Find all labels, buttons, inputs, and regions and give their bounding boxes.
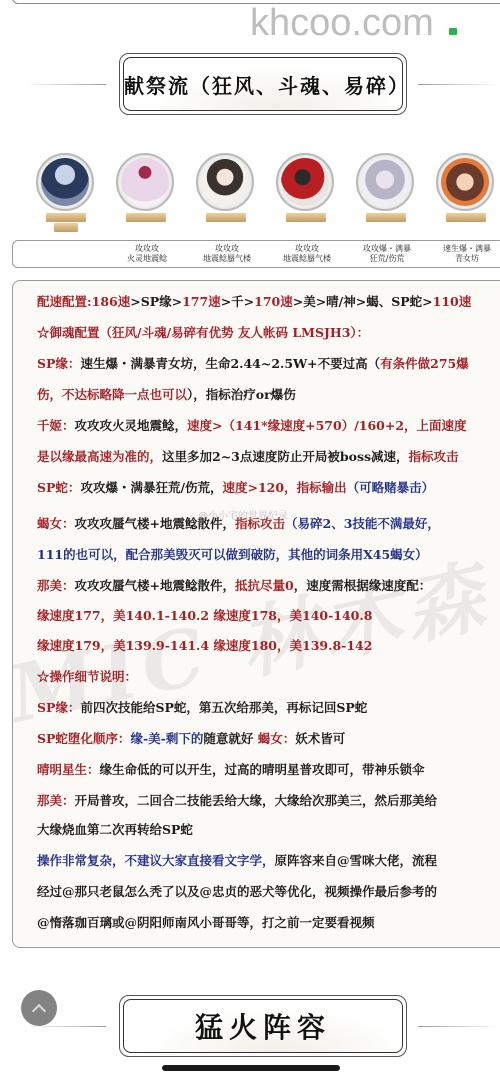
chevron-up-icon [32,1003,46,1017]
role-namei: 攻攻攻地震鲶蜃气楼 [187,244,267,264]
speed-config: 配速配置:186速>SP缘>177速>千>170速>美>晴/神>蝎、SP蛇>11… [37,294,471,310]
namei-config: 那美：攻攻攻蜃气楼+地震鲶散件，抵抗尽量0，速度需根据缘速度配： [37,578,431,594]
credits-line: 经过@那只老鼠怎么秃了以及@忠贞的恶犬等优化，视频操作最后参考的 [37,884,437,900]
divider-right [418,84,500,85]
portrait-namei [196,153,256,222]
soul-summary-bar: 攻攻攻火灵地震鲶 攻攻攻地震鲶蜃气楼 攻攻攻地震鲶蜃气楼 攻攻爆・满暴狂荒/伤荒… [12,240,500,268]
avatar [356,153,414,211]
ops-seimei-star: 晴明星生：缘生命低的可以开生，过高的晴明星普攻即可，带神乐锁伞 [37,762,425,778]
section-title: 猛火阵容 [195,1006,331,1046]
ops-sp-she: SP蛇堕化顺序：缘-美-剩下的随意就好 蝎女：妖术皆可 [37,731,345,747]
role-xienv: 速生爆・满暴青女坊 [427,244,500,264]
yuhun-config-title: ☆御魂配置（狂风/斗魂/易碎有优势 友人帐码 LMSJH3）： [37,325,369,341]
portrait-sp-yuan [36,153,96,232]
avatar [116,153,174,211]
avatar [196,153,254,211]
section-title: 献祭流（狂风、斗魂、易碎） [124,70,402,99]
home-indicator[interactable] [162,1065,340,1071]
sp-yuan-config: SP缘：速生爆・满暴青女坊，生命2.44~2.5W+不要过高（有条件做275爆 [37,356,469,372]
divider-right [418,1026,500,1027]
portrait-seimei-star [356,153,416,222]
ops-title: ☆操作细节说明： [37,669,137,685]
scroll-to-top-button[interactable] [21,990,57,1026]
credits-line: 操作非常复杂，不建议大家直接看文字学，原阵容来自@雪咪大佬，流程 [37,853,437,869]
credits-line: @惰落珈百璃或@阴阳师南风小哥哥等，打之前一定要看视频 [37,915,375,931]
role-sp-she: 攻攻攻地震鲶蜃气楼 [267,244,347,264]
portrait-sp-she [276,153,336,222]
ops-sp-yuan: SP缘：前四次技能给SP蛇，第五次给那美，再标记回SP蛇 [37,700,367,716]
speed-table-row: 缘速度177，美140.1-140.2 缘速度178，美140-140.8 [37,608,372,624]
title-frame: 猛火阵容 [119,995,407,1057]
ops-namei: 那美：开局普攻，二回合二技能丢给大缘，大缘给次那美三，然后那美给 [37,793,437,809]
section-header-sacrifice: 献祭流（狂风、斗魂、易碎） [0,53,500,117]
divider-left [26,1026,106,1027]
qianji-config: 千姬：攻攻攻火灵地震鲶，速度>（141*缘速度+570）/160+2，上面速度 [37,418,467,434]
avatar [276,153,334,211]
title-frame: 献祭流（狂风、斗魂、易碎） [119,53,407,115]
avatar [36,153,94,211]
site-watermark: khcoo.com [250,2,434,45]
speed-table-row: 缘速度179，美139.9-141.4 缘速度180，美139.8-142 [37,638,372,654]
sp-she-config: SP蛇：攻攻爆・满暴狂荒/伤荒，速度>120，指标输出（可略赌暴击） [37,480,434,496]
team-portraits [30,153,490,233]
divider-left [26,84,106,85]
section-header-fire: 猛火阵容 [0,995,500,1059]
portrait-xienv [436,153,496,222]
avatar [436,153,494,211]
portrait-qianji [116,153,176,222]
guide-panel: MIC 林木森 配速配置:186速>SP缘>177速>千>170速>美>晴/神>… [12,280,500,948]
role-qianji: 攻攻攻火灵地震鲶 [107,244,187,264]
role-seimei-star: 攻攻爆・满暴狂荒/伤荒 [347,244,427,264]
weibo-watermark: @小小宅的世界纪录 [198,507,288,522]
watermark-badge-icon [449,28,457,35]
